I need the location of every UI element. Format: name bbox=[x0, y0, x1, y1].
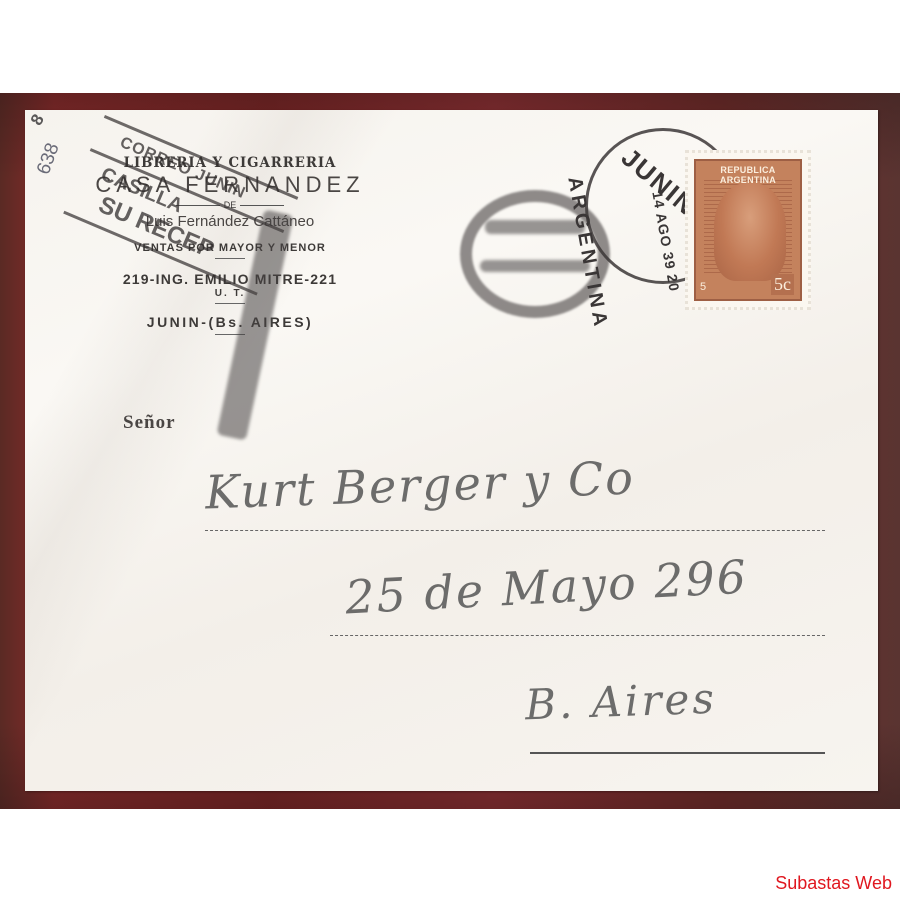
corner-number-pencil: 638 bbox=[33, 140, 65, 177]
stamp-value-left: 5 bbox=[700, 281, 706, 293]
letterhead-ut: U. T. bbox=[80, 288, 380, 299]
postage-stamp: REPUBLICA ARGENTINA 5 5c bbox=[685, 150, 811, 310]
stamp-face: REPUBLICA ARGENTINA 5 5c bbox=[694, 159, 802, 301]
address-line-1 bbox=[205, 530, 825, 531]
recipient-street: 25 de Mayo 296 bbox=[344, 549, 749, 624]
recipient-name: Kurt Berger y Co bbox=[204, 451, 635, 520]
envelope: 8 638 LIBRERIA Y CIGARRERIA CASA FERNAND… bbox=[25, 110, 878, 791]
divider bbox=[215, 303, 245, 304]
address-line-3 bbox=[530, 752, 825, 754]
portrait-icon bbox=[714, 183, 786, 281]
letterhead-city: JUNIN-(Bs. AIRES) bbox=[80, 314, 380, 330]
recipient-city: B. Aires bbox=[524, 674, 717, 730]
corner-number-top: 8 bbox=[27, 111, 49, 129]
salutation: Señor bbox=[123, 412, 176, 434]
watermark: Subastas Web bbox=[775, 873, 892, 894]
stamp-country: REPUBLICA ARGENTINA bbox=[696, 165, 800, 185]
ink-smudge bbox=[480, 260, 590, 272]
address-line-2 bbox=[330, 635, 825, 636]
stamp-value: 5c bbox=[771, 274, 794, 295]
